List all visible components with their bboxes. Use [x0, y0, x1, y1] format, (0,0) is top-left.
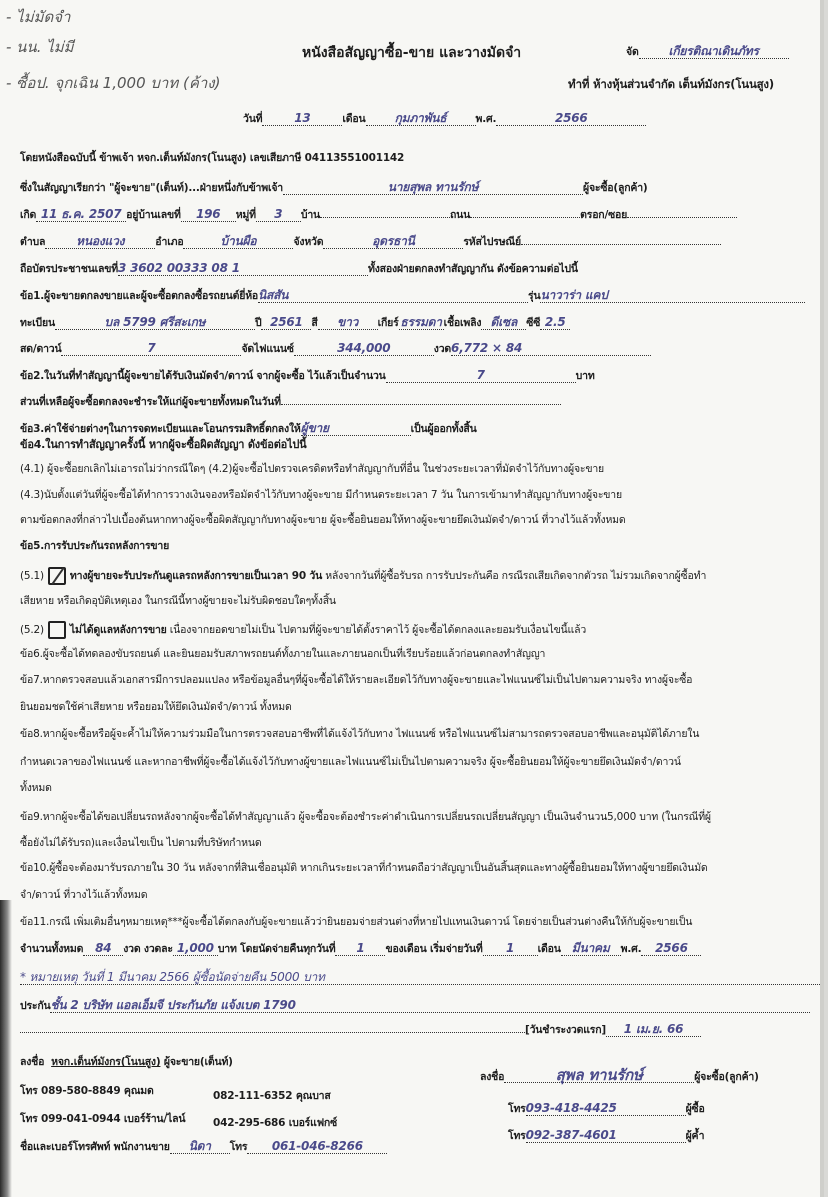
clause1-row1: ข้อ1.ผู้จะขายตกลงขายและผู้จะซื้อตกลงซื้อ…	[20, 288, 805, 303]
clause11-note: * หมายเหตุ วันที่ 1 มีนาคม 2566 ผู้ซื้อน…	[20, 970, 820, 985]
id-label: ถือบัตรประชาชนเลขที่	[20, 263, 118, 275]
clause3-text: ข้อ3.ค่าใช้จ่ายต่างๆในการจดทะเบียนและโอน…	[20, 423, 301, 435]
seller-role: ผู้จะขาย(เต็นท์)	[164, 1056, 233, 1068]
clause2-row2: ส่วนที่เหลือผู้จะซื้อตกลงจะชำระให้แก่ผู้…	[20, 395, 561, 409]
opt1-bold: ทางผู้ขายจะรับประกันดูแลรถหลังการขายเป็น…	[70, 570, 322, 582]
clause4-l1: (4.1) ผู้จะซื้อยกเลิกไม่เอารถไม่ว่ากรณีใ…	[20, 462, 604, 476]
baht-label: บาท	[576, 370, 595, 382]
clause1-row2: ทะเบียนบล 5799 ศรีสะเกษปี2561สีขาวเกียร์…	[20, 315, 570, 330]
handwritten-note-2: - นน. ไม่มี	[6, 36, 74, 58]
clause2-text: ข้อ2.ในวันที่ทำสัญญานี้ผู้จะขายได้รับเงิ…	[20, 370, 386, 382]
clause8-l3: ทั้งหมด	[20, 781, 52, 795]
clause5-heading: ข้อ5.การรับประกันรถหลังการขาย	[20, 539, 169, 553]
year-value: 2566	[496, 111, 646, 126]
clause3-suffix: เป็นผู้ออกทั้งสิ้น	[411, 423, 477, 435]
clause11-note-row: * หมายเหตุ วันที่ 1 มีนาคม 2566 ผู้ซื้อน…	[20, 970, 820, 985]
jad-field: จัดเกียรติณาเดินภัทร	[626, 44, 789, 59]
buyer-role: ผู้จะซื้อ(ลูกค้า)	[694, 1071, 759, 1083]
buyer-sign-label: ลงชื่อ	[480, 1071, 504, 1083]
seller-phone4: 042-295-686 เบอร์แฟกซ์	[213, 1116, 337, 1130]
down-value: 7	[61, 341, 241, 356]
clause5-opt1: (5.1)ทางผู้ขายจะรับประกันดูแลรถหลังการขา…	[20, 567, 706, 585]
total-label: จำนวนทั้งหมด	[20, 943, 83, 955]
id-row: ถือบัตรประชาชนเลขที่3 3602 00333 08 1ทั้…	[20, 261, 578, 276]
intro-line: โดยหนังสือฉบับนี้ ข้าพเจ้า หจก.เต็นท์มัง…	[20, 151, 404, 165]
opt1-rest: หลังจากวันที่ผู้ซื้อรับรถ การรับประกันคื…	[322, 570, 706, 582]
made-at: ทำที่ ห้างหุ้นส่วนจำกัด เต็นท์มังกร(โนนส…	[568, 77, 774, 91]
opt2-rest: เนื่องจากยอดขายไม่เป็น ไปตามที่ผู้จะขายไ…	[167, 624, 586, 636]
postal-label: รหัสไปรษณีย์	[463, 236, 521, 248]
tambon-value: หนองแวง	[45, 234, 155, 249]
clause5-opt2: (5.2)ไม่ได้ดูแลหลังการขาย เนื่องจากยอดขา…	[20, 621, 586, 639]
village-value	[320, 217, 450, 218]
postal-value	[521, 244, 721, 245]
start-day: 1	[483, 941, 538, 956]
seller-phone2: 082-111-6352 คุณบาส	[213, 1089, 331, 1103]
sales-label: ชื่อและเบอร์โทรศัพท์ พนักงานขาย	[20, 1141, 170, 1153]
born-label: เกิด	[20, 209, 36, 221]
installment-label: งวด	[434, 343, 451, 355]
plate-value: บล 5799 ศรีสะเกษ	[55, 315, 255, 330]
pay-day: 1	[335, 941, 385, 956]
clause11-l2: จำนวนทั้งหมด84งวด งวดละ1,000บาท โดยนัดจ่…	[20, 941, 701, 956]
clause11-l1: ข้อ11.กรณี เพิ่มเติมอื่นๆหมายเหตุ***ผู้จ…	[20, 915, 692, 929]
tambon-label: ตำบล	[20, 236, 45, 248]
moo-label: หมู่ที่	[236, 209, 256, 221]
amphoe-label: อำเภอ	[155, 236, 183, 248]
soi-value	[627, 217, 737, 218]
id-value: 3 3602 00333 08 1	[118, 261, 368, 276]
fuel-label: เชื้อเพลิง	[444, 317, 482, 329]
sales-phone-label: โทร	[230, 1141, 248, 1153]
buyer-phone: 093-418-4425	[526, 1101, 686, 1116]
guarantor-phone-label: โทร	[508, 1130, 526, 1142]
first-pay-value: 1 เม.ย. 66	[606, 1022, 701, 1037]
address-row: เกิด11 ธ.ค. 2507อยู่บ้านเลขที่196หมู่ที่…	[20, 207, 737, 222]
moo-value: 3	[256, 207, 301, 222]
seller-sign-label: ลงชื่อ	[20, 1056, 44, 1068]
guarantor-phone-row: โทร092-387-4601ผู้ค้ำ	[508, 1128, 704, 1143]
buyer-label: ซึ่งในสัญญาเรียกว่า "ผู้จะขาย"(เต็นท์)..…	[20, 182, 283, 194]
month-label: เดือน	[342, 113, 365, 125]
district-row: ตำบลหนองแวงอำเภอบ้านผือจังหวัดอุดรธานีรห…	[20, 234, 721, 249]
installment-value: 6,772 × 84	[451, 341, 651, 356]
village-label: บ้าน	[301, 209, 320, 221]
salesperson-row: ชื่อและเบอร์โทรศัพท์ พนักงานขายนิดาโทร06…	[20, 1139, 387, 1154]
guarantor-phone-role: ผู้ค้ำ	[686, 1130, 705, 1142]
buyer-phone-role: ผู้ซื้อ	[686, 1103, 705, 1115]
clause10-l2: จำ/ดาวน์ ที่วางไว้แล้วทั้งหมด	[20, 888, 147, 902]
buyer-phone-label: โทร	[508, 1103, 526, 1115]
clause2-row1: ข้อ2.ในวันที่ทำสัญญานี้ผู้จะขายได้รับเงิ…	[20, 368, 595, 383]
clause4-heading: ข้อ4.ในการทำสัญญาครั้งนี้ หากผู้จะซื้อผิ…	[20, 438, 306, 452]
clause9-l1: ข้อ9.หากผู้จะซื้อได้ขอเปลี่ยนรถหลังจากผู…	[20, 810, 711, 824]
soi-label: ตรอก/ซอย	[580, 209, 627, 221]
clause6: ข้อ6.ผู้จะซื้อได้ทดลองขับรถยนต์ และยินยอ…	[20, 647, 545, 661]
fuel-value: ดีเซล	[481, 315, 526, 330]
cc-label: ซีซี	[526, 317, 540, 329]
house-label: อยู่บ้านเลขที่	[126, 209, 181, 221]
clause3-row: ข้อ3.ค่าใช้จ่ายต่างๆในการจดทะเบียนและโอน…	[20, 421, 477, 436]
color-value: ขาว	[318, 315, 378, 330]
c11-month-value: มีนาคม	[561, 941, 621, 956]
clause4-l3: ตามข้อตกลงที่กล่าวไปเบื้องต้นหากทางผู้จะ…	[20, 513, 626, 527]
cc-value: 2.5	[540, 315, 570, 330]
insurance-row: ประกันชั้น 2 บริษัท แอลเอ็มจี ประกันภัย …	[20, 998, 810, 1013]
clause10-l1: ข้อ10.ผู้ซื้อจะต้องมารับรถภายใน 30 วัน ห…	[20, 861, 708, 875]
year-label: พ.ศ.	[476, 113, 497, 125]
model-label: รุ่น	[528, 290, 540, 302]
clause5-opt1-l2: เสียหาย หรือเกิดอุบัติเหตุเอง ในกรณีนี้ท…	[20, 594, 336, 608]
seller-phone3: โทร 099-041-0944 เบอร์ร้าน/ไลน์	[20, 1112, 185, 1126]
province-label: จังหวัด	[293, 236, 323, 248]
sales-phone: 061-046-8266	[247, 1139, 387, 1154]
document-title: หนังสือสัญญาซื้อ-ขาย และวางมัดจำ	[302, 42, 521, 64]
start-label: ของเดือน เริ่มจ่ายวันที่	[385, 943, 482, 955]
car-year-value: 2561	[261, 315, 311, 330]
gear-value: ธรรมดา	[399, 315, 444, 330]
buyer-name: นายสุพล ทานรักษ์	[283, 180, 583, 195]
clause2-text2: ส่วนที่เหลือผู้จะซื้อตกลงจะชำระให้แก่ผู้…	[20, 396, 281, 408]
per-label: งวด งวดละ	[123, 943, 173, 955]
clause1-row3: สด/ดาวน์7จัดไฟแนนซ์344,000งวด6,772 × 84	[20, 341, 651, 356]
per-value: 1,000	[173, 941, 218, 956]
road-value	[470, 217, 580, 218]
jad-label: จัด	[626, 46, 639, 58]
c11-year-value: 2566	[641, 941, 701, 956]
buyer-phone-row: โทร093-418-4425ผู้ซื้อ	[508, 1101, 705, 1116]
remaining-date	[281, 404, 561, 405]
clause4-l2: (4.3)นับตั้งแต่วันที่ผู้จะซื้อได้ทำการวา…	[20, 488, 622, 502]
buyer-signature: สุพล ทานรักษ์	[504, 1068, 694, 1083]
first-pay-label: [วันชำระงวดแรก]	[525, 1024, 606, 1036]
born-value: 11 ธ.ค. 2507	[36, 207, 126, 222]
first-pay-row: [วันชำระงวดแรก]1 เม.ย. 66	[20, 1022, 701, 1037]
clause3-value: ผู้ขาย	[301, 421, 411, 436]
clause7-l2: ยินยอมชดใช้ค่าเสียหาย หรือยอมให้ยึดเงินม…	[20, 700, 292, 714]
handwritten-note-3: - ซื้อป. จุกเฉิน 1,000 บาท (ค้าง)	[6, 72, 220, 94]
clause8-l1: ข้อ8.หากผู้จะซื้อหรือผู้จะค้ำไม่ให้ความร…	[20, 727, 699, 741]
opt2-bold: ไม่ได้ดูแลหลังการขาย	[70, 624, 167, 636]
house-value: 196	[181, 207, 236, 222]
jad-value: เกียรติณาเดินภัทร	[639, 44, 789, 59]
day-value: 13	[262, 111, 342, 126]
total-value: 84	[83, 941, 123, 956]
warranty-90-days-checkbox[interactable]	[48, 567, 66, 585]
finance-label: จัดไฟแนนซ์	[241, 343, 293, 355]
amphoe-value: บ้านผือ	[183, 234, 293, 249]
month-value: กุมภาพันธ์	[366, 111, 476, 126]
brand-label: ข้อ1.ผู้จะขายตกลงขายและผู้จะซื้อตกลงซื้อ…	[20, 290, 258, 302]
date-row: วันที่13เดือนกุมภาพันธ์พ.ศ.2566	[243, 111, 646, 126]
clause9-l2: ซื้อยังไม่ได้รับรถ)และเงื่อนไขเป็น ไปตาม…	[20, 836, 262, 850]
insurance-label: ประกัน	[20, 1000, 50, 1012]
scan-edge-shadow	[0, 900, 12, 1197]
no-warranty-checkbox[interactable]	[48, 621, 66, 639]
gear-label: เกียร์	[378, 317, 399, 329]
model-value: นาวาร่า แคป	[540, 288, 805, 303]
c11-month-label: เดือน	[538, 943, 561, 955]
opt2-number: (5.2)	[20, 624, 44, 636]
province-value: อุดรธานี	[323, 234, 463, 249]
sales-name: นิดา	[170, 1139, 230, 1154]
finance-value: 344,000	[294, 341, 434, 356]
id-suffix: ทั้งสองฝ่ายตกลงทำสัญญากัน ดังข้อความต่อไ…	[368, 263, 578, 275]
buyer-suffix: ผู้จะซื้อ(ลูกค้า)	[583, 182, 648, 194]
contract-page: - ไม่มัดจำ - นน. ไม่มี - ซื้อป. จุกเฉิน …	[0, 0, 824, 1197]
scan-right-edge	[820, 0, 824, 1197]
c11-year-label: พ.ศ.	[621, 943, 642, 955]
road-label: ถนน	[450, 209, 470, 221]
clause8-l2: กำหนดเวลาของไฟแนนซ์ และหากอาชีพที่ผู้จะซ…	[20, 755, 681, 769]
day-label: วันที่	[243, 113, 262, 125]
seller-signature-row: ลงชื่อ หจก.เต็นท์มังกร(โนนสูง) ผู้จะขาย(…	[20, 1055, 233, 1069]
buyer-signature-row: ลงชื่อสุพล ทานรักษ์ผู้จะซื้อ(ลูกค้า)	[480, 1068, 759, 1084]
seller-name: หจก.เต็นท์มังกร(โนนสูง)	[51, 1056, 160, 1068]
first-pay-leader	[20, 1032, 525, 1033]
deposit-amount: 7	[386, 368, 576, 383]
brand-value: นิสสัน	[258, 288, 528, 303]
opt1-number: (5.1)	[20, 570, 44, 582]
clause7-l1: ข้อ7.หากตรวจสอบแล้วเอกสารมีการปลอมแปลง ห…	[20, 673, 692, 687]
down-label: สด/ดาวน์	[20, 343, 61, 355]
buyer-row: ซึ่งในสัญญาเรียกว่า "ผู้จะขาย"(เต็นท์)..…	[20, 180, 648, 195]
guarantor-phone: 092-387-4601	[526, 1128, 686, 1143]
plate-label: ทะเบียน	[20, 317, 55, 329]
handwritten-note-1: - ไม่มัดจำ	[6, 6, 70, 28]
seller-phone1: โทร 089-580-8849 คุณมด	[20, 1084, 154, 1098]
pay-label: บาท โดยนัดจ่ายคืนทุกวันที่	[218, 943, 336, 955]
insurance-value: ชั้น 2 บริษัท แอลเอ็มจี ประกันภัย แจ้งเบ…	[50, 998, 810, 1013]
